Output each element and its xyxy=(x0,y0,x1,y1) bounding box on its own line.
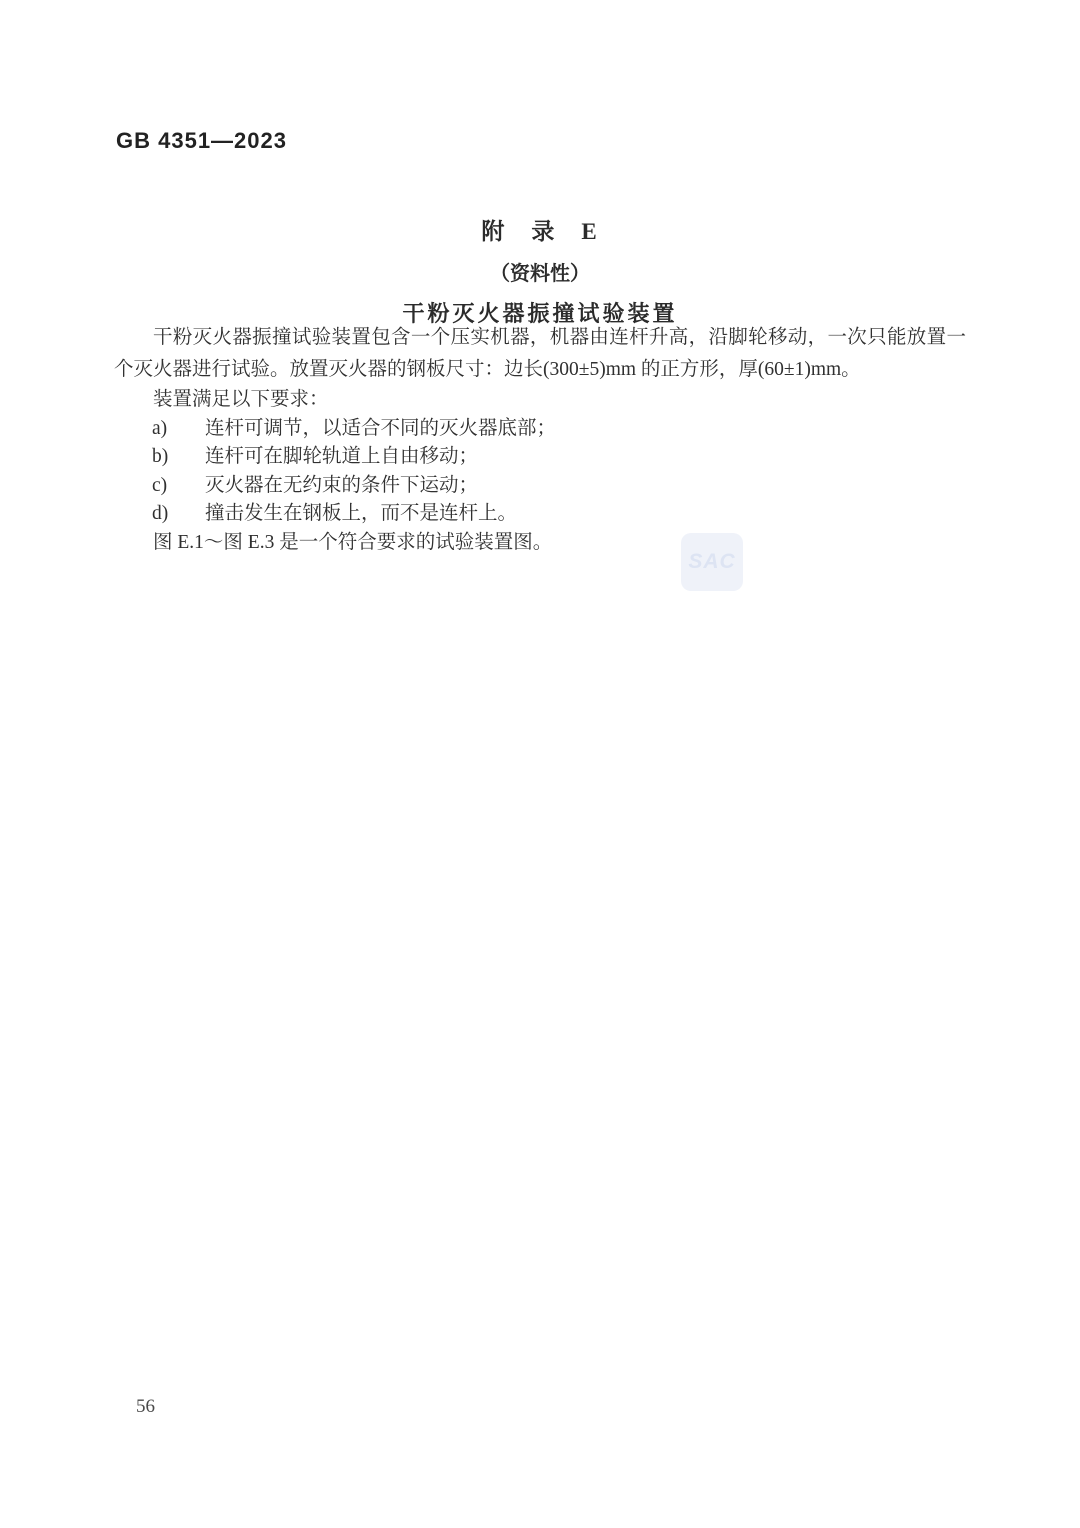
list-item-marker: c) xyxy=(152,472,205,501)
body-content: 干粉灭火器振撞试验装置包含一个压实机器，机器由连杆升高，沿脚轮移动，一次只能放置… xyxy=(114,322,966,557)
appendix-title: 附 录 E xyxy=(114,218,966,246)
list-item: b) 连杆可在脚轮轨道上自由移动； xyxy=(114,443,966,472)
list-item: a) 连杆可调节，以适合不同的灭火器底部； xyxy=(114,415,966,444)
requirements-list: a) 连杆可调节，以适合不同的灭火器底部； b) 连杆可在脚轮轨道上自由移动； … xyxy=(114,415,966,529)
appendix-title-block: 附 录 E （资料性） 干粉灭火器振撞试验装置 xyxy=(114,218,966,328)
list-item-marker: d) xyxy=(152,500,205,529)
list-item-text: 灭火器在无约束的条件下运动； xyxy=(205,472,966,501)
document-page: GB 4351—2023 附 录 E （资料性） 干粉灭火器振撞试验装置 干粉灭… xyxy=(0,0,1080,1528)
sac-watermark: SAC xyxy=(681,533,743,591)
sac-watermark-text: SAC xyxy=(688,550,735,574)
page-number: 56 xyxy=(136,1396,155,1418)
list-item-text: 连杆可调节，以适合不同的灭火器底部； xyxy=(205,415,966,444)
list-item-marker: a) xyxy=(152,415,205,444)
list-item-text: 撞击发生在钢板上，而不是连杆上。 xyxy=(205,500,966,529)
standard-code: GB 4351—2023 xyxy=(116,128,287,154)
appendix-type-label: （资料性） xyxy=(114,261,966,287)
list-item: d) 撞击发生在钢板上，而不是连杆上。 xyxy=(114,500,966,529)
list-item-text: 连杆可在脚轮轨道上自由移动； xyxy=(205,443,966,472)
paragraph-figures: 图 E.1～图 E.3 是一个符合要求的试验装置图。 xyxy=(114,529,966,558)
paragraph-intro: 干粉灭火器振撞试验装置包含一个压实机器，机器由连杆升高，沿脚轮移动，一次只能放置… xyxy=(114,322,966,386)
list-item-marker: b) xyxy=(152,443,205,472)
paragraph-requirements-lead: 装置满足以下要求： xyxy=(114,386,966,415)
list-item: c) 灭火器在无约束的条件下运动； xyxy=(114,472,966,501)
